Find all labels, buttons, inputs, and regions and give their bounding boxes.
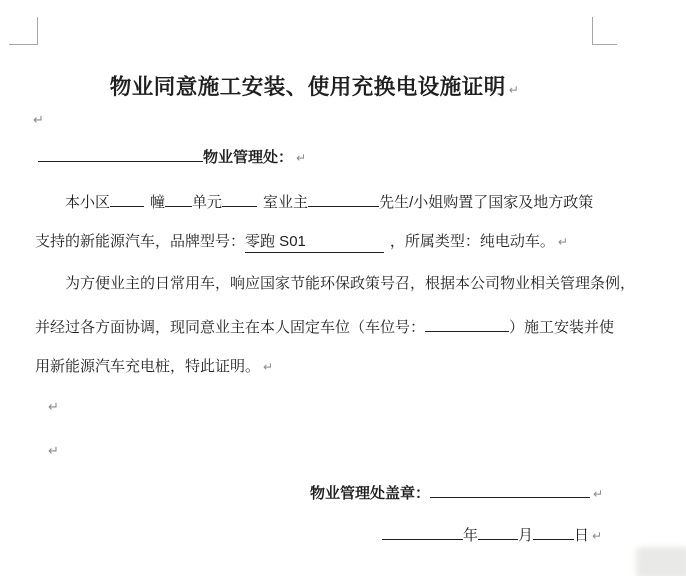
blank-property-name[interactable]	[38, 146, 203, 162]
body-line-4: 并经过各方面协调，现同意业主在本人固定车位（车位号：）施工安装并使	[35, 316, 614, 338]
blank-unit-number[interactable]	[165, 191, 192, 207]
date-line: 年月日↵	[382, 524, 602, 546]
blank-year[interactable]	[382, 524, 463, 540]
title-text: 物业同意施工安装、使用充换电设施证明	[110, 75, 506, 99]
text-building-label: 幢	[150, 194, 165, 211]
scan-shadow	[636, 547, 686, 576]
paragraph-mark-icon: ↵	[296, 151, 306, 165]
body-line-2: 支持的新能源汽车，品牌型号：零跑 S01，所属类型：纯电动车。↵	[35, 232, 568, 253]
text-consent-clause: 并经过各方面协调，现同意业主在本人固定车位（车位号：	[35, 319, 425, 336]
blank-month[interactable]	[478, 524, 518, 540]
salutation-line: 物业管理处：↵	[38, 146, 306, 168]
body-line-3: 为方便业主的日常用车，响应国家节能环保政策号召，根据本公司物业相关管理条例，	[65, 274, 635, 294]
blank-seal[interactable]	[430, 482, 590, 498]
paragraph-mark-icon: ↵	[263, 360, 273, 374]
text-policy-clause: 为方便业主的日常用车，响应国家节能环保政策号召，根据本公司物业相关管理条例，	[65, 275, 635, 292]
document-title: 物业同意施工安装、使用充换电设施证明↵	[37, 70, 592, 101]
paragraph-mark-icon: ↵	[592, 529, 602, 543]
seal-line: 物业管理处盖章：↵	[310, 482, 603, 504]
text-unit-label: 单元	[192, 194, 222, 211]
document-page[interactable]: 物业同意施工安装、使用充换电设施证明↵ ↵ 物业管理处：↵ 本小区幢单元室业主先…	[0, 0, 686, 576]
text-vehicle-type: ，所属类型：纯电动车。	[390, 233, 555, 250]
paragraph-mark-icon: ↵	[593, 487, 603, 501]
month-label: 月	[518, 527, 533, 544]
blank-room-number[interactable]	[222, 191, 257, 207]
blank-parking-space-number[interactable]	[425, 316, 509, 332]
text-install-clause: ）施工安装并使	[509, 319, 614, 336]
blank-building-number[interactable]	[110, 191, 144, 207]
paragraph-mark-icon: ↵	[558, 235, 568, 249]
text-owner-purchase: 先生/小姐购置了国家及地方政策	[379, 194, 593, 211]
text-community: 本小区	[65, 194, 110, 211]
salutation-label: 物业管理处：	[203, 149, 293, 166]
paragraph-mark-icon: ↵	[33, 112, 44, 128]
blank-owner-name[interactable]	[308, 191, 379, 207]
text-certify-clause: 用新能源汽车充电桩，特此证明。	[35, 358, 260, 375]
paragraph-mark-icon: ↵	[48, 443, 59, 459]
body-line-1: 本小区幢单元室业主先生/小姐购置了国家及地方政策	[65, 191, 593, 213]
seal-label: 物业管理处盖章：	[310, 485, 430, 502]
year-label: 年	[463, 527, 478, 544]
blank-day[interactable]	[533, 524, 574, 540]
day-label: 日	[574, 527, 589, 544]
paragraph-mark-icon: ↵	[48, 399, 59, 415]
text-brand-model-label: 支持的新能源汽车，品牌型号：	[35, 233, 245, 250]
margin-crop-mark-top-left	[9, 17, 38, 45]
text-room-owner-label: 室业主	[263, 194, 308, 211]
body-line-5: 用新能源汽车充电桩，特此证明。↵	[35, 357, 273, 377]
blank-brand-model-value[interactable]: 零跑 S01	[245, 232, 384, 253]
margin-crop-mark-top-right	[592, 17, 617, 45]
paragraph-mark-icon: ↵	[509, 83, 520, 97]
